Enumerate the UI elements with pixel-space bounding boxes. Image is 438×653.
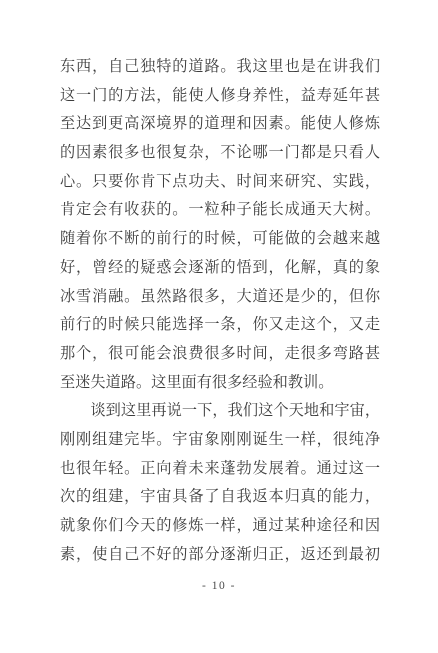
text-line: 心。只要你肯下点功夫、时间来研究、实践， — [60, 168, 380, 197]
text-line: 那个，很可能会浪费很多时间，走很多弯路甚 — [60, 340, 380, 369]
text-line: 前行的时候只能选择一条，你又走这个，又走 — [60, 311, 380, 340]
text-line: 至达到更高深境界的道理和因素。能使人修炼 — [60, 110, 380, 139]
document-page: 东西，自己独特的道路。我这里也是在讲我们 这一门的方法，能使人修身养性，益寿延年… — [0, 0, 438, 653]
text-line: 好，曾经的疑惑会逐渐的悟到，化解，真的象 — [60, 254, 380, 283]
text-line: 冰雪消融。虽然路很多，大道还是少的，但你 — [60, 283, 380, 312]
text-line: 就象你们今天的修炼一样，通过某种途径和因 — [60, 512, 380, 541]
text-line: 次的组建，宇宙具备了自我返本归真的能力， — [60, 483, 380, 512]
text-line: 至迷失道路。这里面有很多经验和教训。 — [60, 369, 380, 398]
page-text-block: 东西，自己独特的道路。我这里也是在讲我们 这一门的方法，能使人修身养性，益寿延年… — [60, 53, 380, 569]
text-line: 的因素很多也很复杂，不论哪一门都是只看人 — [60, 139, 380, 168]
text-line: 这一门的方法，能使人修身养性，益寿延年甚 — [60, 82, 380, 111]
text-line: 素，使自己不好的部分逐渐归正，返还到最初 — [60, 541, 380, 570]
paragraph-2: 谈到这里再说一下，我们这个天地和宇宙， 刚刚组建完毕。宇宙象刚刚诞生一样，很纯净… — [60, 397, 380, 569]
text-line: 刚刚组建完毕。宇宙象刚刚诞生一样，很纯净 — [60, 426, 380, 455]
text-line: 肯定会有收获的。一粒种子能长成通天大树。 — [60, 196, 380, 225]
text-line: 谈到这里再说一下，我们这个天地和宇宙， — [60, 397, 380, 426]
paragraph-1: 东西，自己独特的道路。我这里也是在讲我们 这一门的方法，能使人修身养性，益寿延年… — [60, 53, 380, 397]
text-line: 随着你不断的前行的时候，可能做的会越来越 — [60, 225, 380, 254]
page-number: - 10 - — [0, 579, 438, 593]
text-line: 东西，自己独特的道路。我这里也是在讲我们 — [60, 53, 380, 82]
text-line: 也很年轻。正向着未来蓬勃发展着。通过这一 — [60, 455, 380, 484]
